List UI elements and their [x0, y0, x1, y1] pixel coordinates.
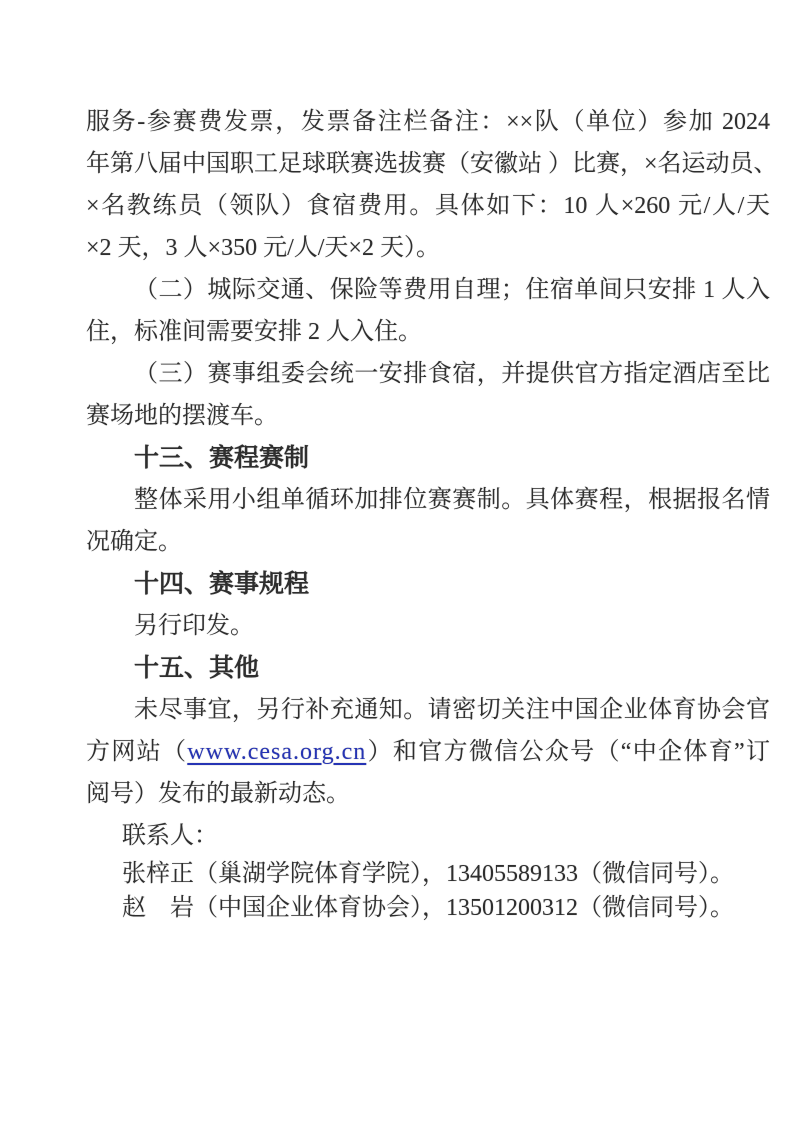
link-line-before: 方网站（ — [86, 739, 187, 765]
section15-para-line-1: 未尽事宜，另行补充通知。请密切关注中国企业体育协会官 — [86, 689, 770, 731]
item3-line-2: 赛场地的摆渡车。 — [86, 395, 770, 437]
fee-paragraph-line-2: 年第八届中国职工足球联赛选拔赛（安徽站 ）比赛，×名运动员、 — [86, 143, 770, 185]
document-body: 服务-参赛费发票，发票备注栏备注：××队（单位）参加 2024 年第八届中国职工… — [86, 101, 770, 925]
document-page: 服务-参赛费发票，发票备注栏备注：××队（单位）参加 2024 年第八届中国职工… — [0, 0, 800, 1131]
fee-paragraph-line-4: ×2 天，3 人×350 元/人/天×2 天）。 — [86, 227, 770, 269]
contact-entry-2: 赵 岩（中国企业体育协会），13501200312（微信同号）。 — [86, 891, 770, 925]
contact-entry-1: 张梓正（巢湖学院体育学院），13405589133（微信同号）。 — [86, 857, 770, 891]
fee-paragraph-line-3: ×名教练员（领队）食宿费用。具体如下：10 人×260 元/人/天 — [86, 185, 770, 227]
section-heading-13: 十三、赛程赛制 — [86, 437, 770, 479]
section15-para-line-2: 方网站（www.cesa.org.cn）和官方微信公众号（“中企体育”订 — [86, 731, 770, 773]
contact-label: 联系人： — [86, 815, 770, 857]
section14-body-line: 另行印发。 — [86, 605, 770, 647]
item2-line-2: 住，标准间需要安排 2 人入住。 — [86, 311, 770, 353]
section-heading-14: 十四、赛事规程 — [86, 563, 770, 605]
section-heading-15: 十五、其他 — [86, 647, 770, 689]
section15-para-line-3: 阅号）发布的最新动态。 — [86, 773, 770, 815]
item3-line-1: （三）赛事组委会统一安排食宿，并提供官方指定酒店至比 — [86, 353, 770, 395]
section13-body-line-2: 况确定。 — [86, 521, 770, 563]
link-line-after: ）和官方微信公众号（“中企体育”订 — [366, 739, 770, 765]
item2-line-1: （二）城际交通、保险等费用自理；住宿单间只安排 1 人入 — [86, 269, 770, 311]
section13-body-line-1: 整体采用小组单循环加排位赛赛制。具体赛程，根据报名情 — [86, 479, 770, 521]
website-link[interactable]: www.cesa.org.cn — [187, 739, 366, 765]
fee-paragraph-line-1: 服务-参赛费发票，发票备注栏备注：××队（单位）参加 2024 — [86, 101, 770, 143]
